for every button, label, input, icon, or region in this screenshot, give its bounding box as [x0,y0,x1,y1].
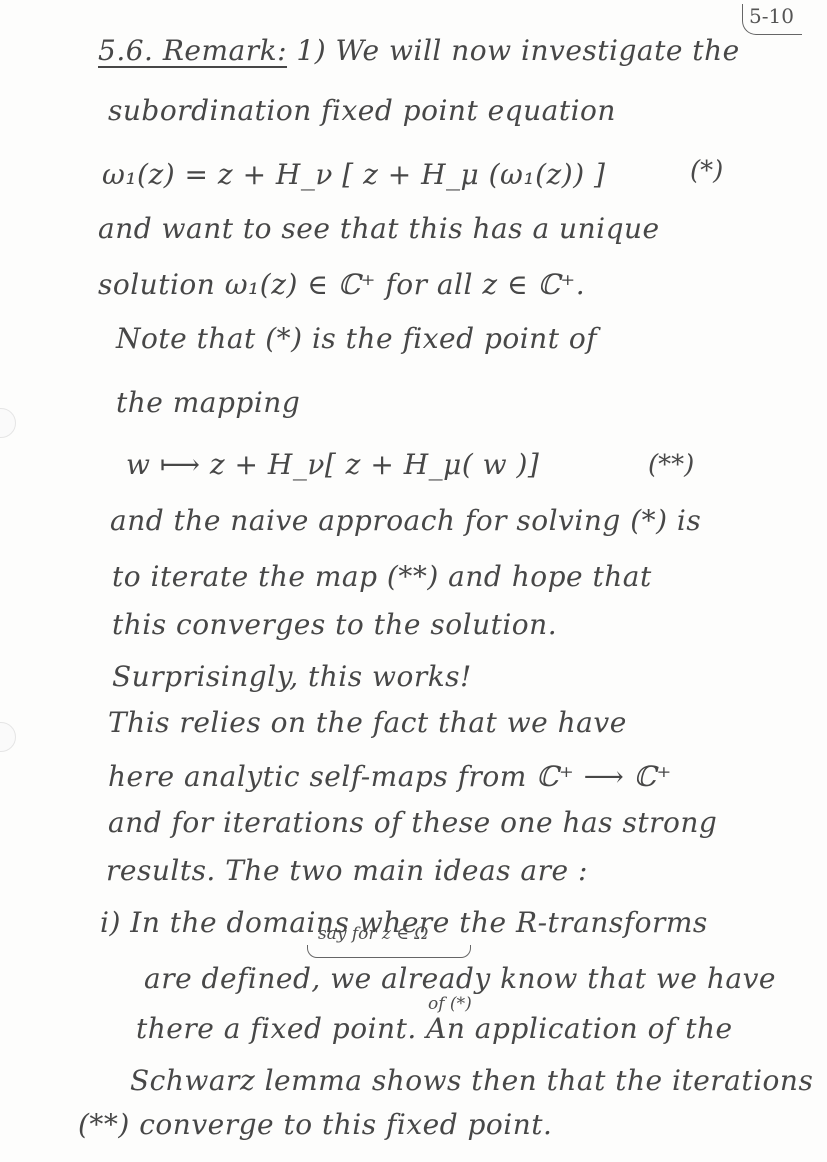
annotation-domain: say for z ∈ Ω [318,924,428,944]
line-21: (**) converge to this fixed point. [78,1108,552,1141]
underbrace [307,945,471,958]
punch-hole [0,722,16,752]
line-15: and for iterations of these one has stro… [108,806,717,839]
line-10: to iterate the map (**) and hope that [112,560,652,593]
line-19: there a fixed point. An application of t… [136,1012,733,1045]
equation-double-star: w ⟼ z + H_ν[ z + H_μ( w )] [126,448,539,481]
equation-star-tag: (*) [690,156,723,186]
handwritten-notes-page: 5-10 5.6. Remark: 1) We will now investi… [0,0,827,1162]
line-16: results. The two main ideas are : [106,854,588,887]
line-14: here analytic self-maps from ℂ⁺ ⟶ ℂ⁺ [108,760,672,793]
line-6: Note that (*) is the fixed point of [116,322,597,355]
line-7: the mapping [116,386,300,419]
line-12: Surprisingly, this works! [112,660,472,693]
line-1: 5.6. Remark: 1) We will now investigate … [98,34,740,67]
line-13: This relies on the fact that we have [108,706,627,739]
punch-hole [0,408,16,438]
line-4: and want to see that this has a unique [98,212,660,245]
line-20: Schwarz lemma shows then that the iterat… [130,1064,813,1097]
line-2: subordination fixed point equation [108,94,616,127]
line-1-text: 1) We will now investigate the [296,34,739,67]
page-number: 5-10 [742,4,802,35]
line-11: this converges to the solution. [112,608,557,641]
remark-heading: 5.6. Remark: [98,34,287,67]
equation-double-star-tag: (**) [648,450,694,480]
equation-star: ω₁(z) = z + H_ν [ z + H_μ (ω₁(z)) ] [102,158,605,191]
annotation-of-star: of (*) [428,994,472,1014]
line-9: and the naive approach for solving (*) i… [110,504,701,537]
line-18: are defined, we already know that we hav… [144,962,776,995]
line-5: solution ω₁(z) ∈ ℂ⁺ for all z ∈ ℂ⁺. [98,268,585,301]
